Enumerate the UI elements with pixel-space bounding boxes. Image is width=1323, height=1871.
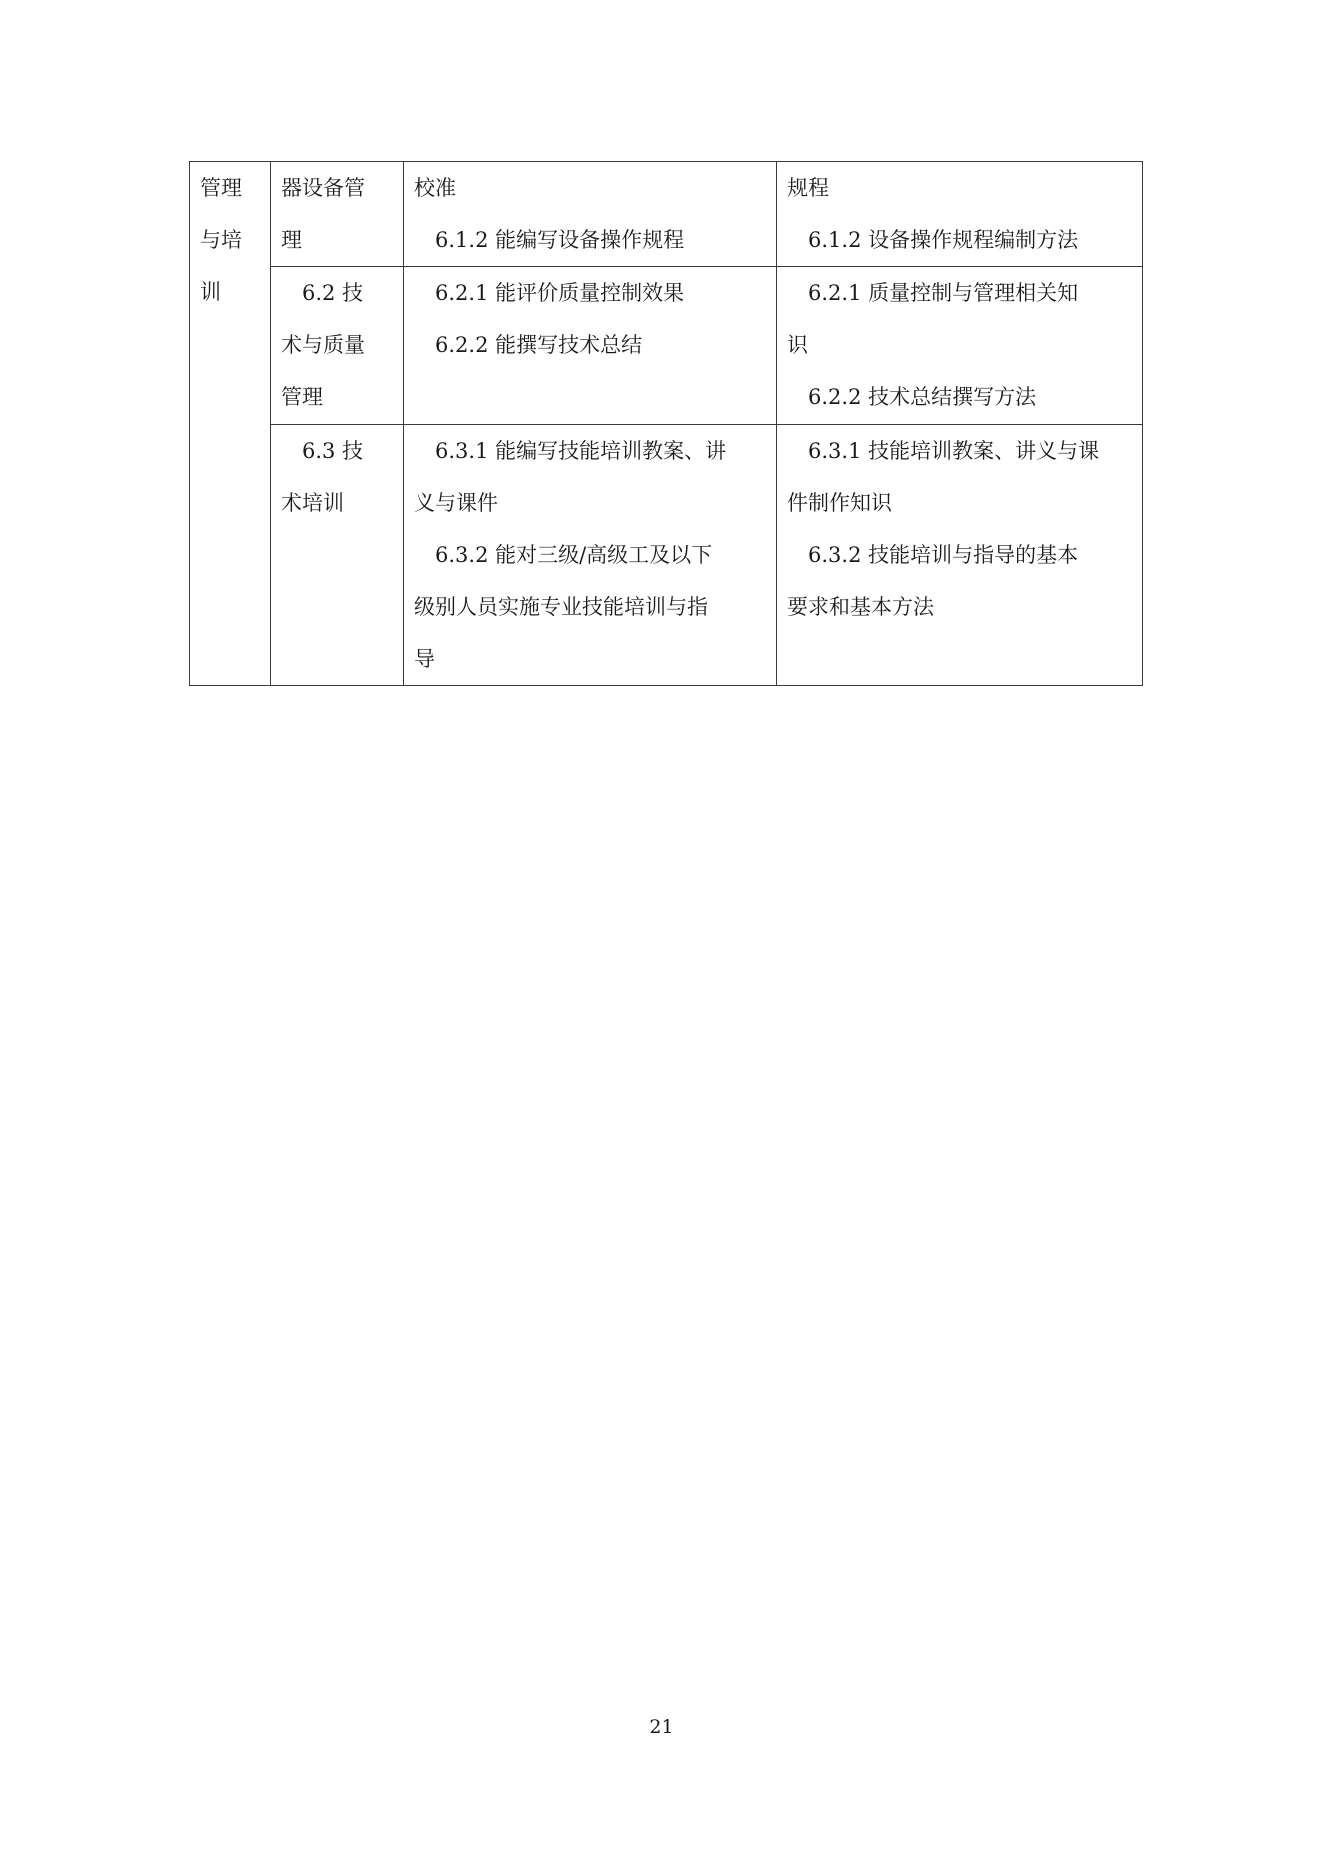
work-content-cell: 6.3 技 术培训 — [271, 425, 404, 686]
knowledge-text: 6.1.2 设备操作规程编制方法 — [787, 214, 1132, 266]
requirement-text: 6.3.2 能对三级/高级工及以下 — [414, 529, 766, 581]
requirement-text: 6.2.2 能撰写技术总结 — [414, 319, 766, 371]
requirement-text: 导 — [414, 633, 766, 685]
table-row: 6.3 技 术培训 6.3.1 能编写技能培训教案、讲 义与课件 6.3.2 能… — [190, 425, 1143, 686]
table-row: 6.2 技 术与质量 管理 6.2.1 能评价质量控制效果 6.2.2 能撰写技… — [190, 267, 1143, 425]
occupational-function-cell: 管理 与培 训 — [190, 162, 271, 686]
work-content-cell: 器设备管 理 — [271, 162, 404, 267]
function-text: 训 — [200, 266, 260, 318]
skill-requirement-cell: 6.2.1 能评价质量控制效果 6.2.2 能撰写技术总结 — [404, 267, 777, 425]
requirement-text: 6.1.2 能编写设备操作规程 — [414, 214, 766, 266]
page-number: 21 — [0, 1716, 1323, 1738]
knowledge-text: 件制作知识 — [787, 477, 1132, 529]
requirement-text: 级别人员实施专业技能培训与指 — [414, 581, 766, 633]
document-page: 管理 与培 训 器设备管 理 校准 6.1.2 能编写设备操作规程 规程 6.1… — [0, 0, 1323, 1871]
table-row: 管理 与培 训 器设备管 理 校准 6.1.2 能编写设备操作规程 规程 6.1… — [190, 162, 1143, 267]
skill-requirement-cell: 校准 6.1.2 能编写设备操作规程 — [404, 162, 777, 267]
requirement-text: 6.2.1 能评价质量控制效果 — [414, 267, 766, 319]
skill-requirement-cell: 6.3.1 能编写技能培训教案、讲 义与课件 6.3.2 能对三级/高级工及以下… — [404, 425, 777, 686]
requirement-text: 校准 — [414, 162, 766, 214]
work-content-text: 6.2 技 — [281, 267, 393, 319]
work-content-text: 器设备管 — [281, 162, 393, 214]
knowledge-text: 要求和基本方法 — [787, 581, 1132, 633]
work-content-text: 6.3 技 — [281, 425, 393, 477]
knowledge-text: 6.3.1 技能培训教案、讲义与课 — [787, 425, 1132, 477]
knowledge-cell: 6.3.1 技能培训教案、讲义与课 件制作知识 6.3.2 技能培训与指导的基本… — [777, 425, 1143, 686]
knowledge-text: 6.2.2 技术总结撰写方法 — [787, 371, 1132, 423]
knowledge-text: 规程 — [787, 162, 1132, 214]
requirement-text: 6.3.1 能编写技能培训教案、讲 — [414, 425, 766, 477]
knowledge-text: 6.2.1 质量控制与管理相关知 — [787, 267, 1132, 319]
work-content-text: 管理 — [281, 371, 393, 423]
function-text: 与培 — [200, 214, 260, 266]
knowledge-cell: 规程 6.1.2 设备操作规程编制方法 — [777, 162, 1143, 267]
work-content-text: 术与质量 — [281, 319, 393, 371]
knowledge-cell: 6.2.1 质量控制与管理相关知 识 6.2.2 技术总结撰写方法 — [777, 267, 1143, 425]
work-content-cell: 6.2 技 术与质量 管理 — [271, 267, 404, 425]
work-content-text: 术培训 — [281, 477, 393, 529]
knowledge-text: 6.3.2 技能培训与指导的基本 — [787, 529, 1132, 581]
knowledge-text: 识 — [787, 319, 1132, 371]
requirement-text: 义与课件 — [414, 477, 766, 529]
skill-requirements-table: 管理 与培 训 器设备管 理 校准 6.1.2 能编写设备操作规程 规程 6.1… — [189, 161, 1143, 686]
function-text: 管理 — [200, 162, 260, 214]
work-content-text: 理 — [281, 214, 393, 266]
